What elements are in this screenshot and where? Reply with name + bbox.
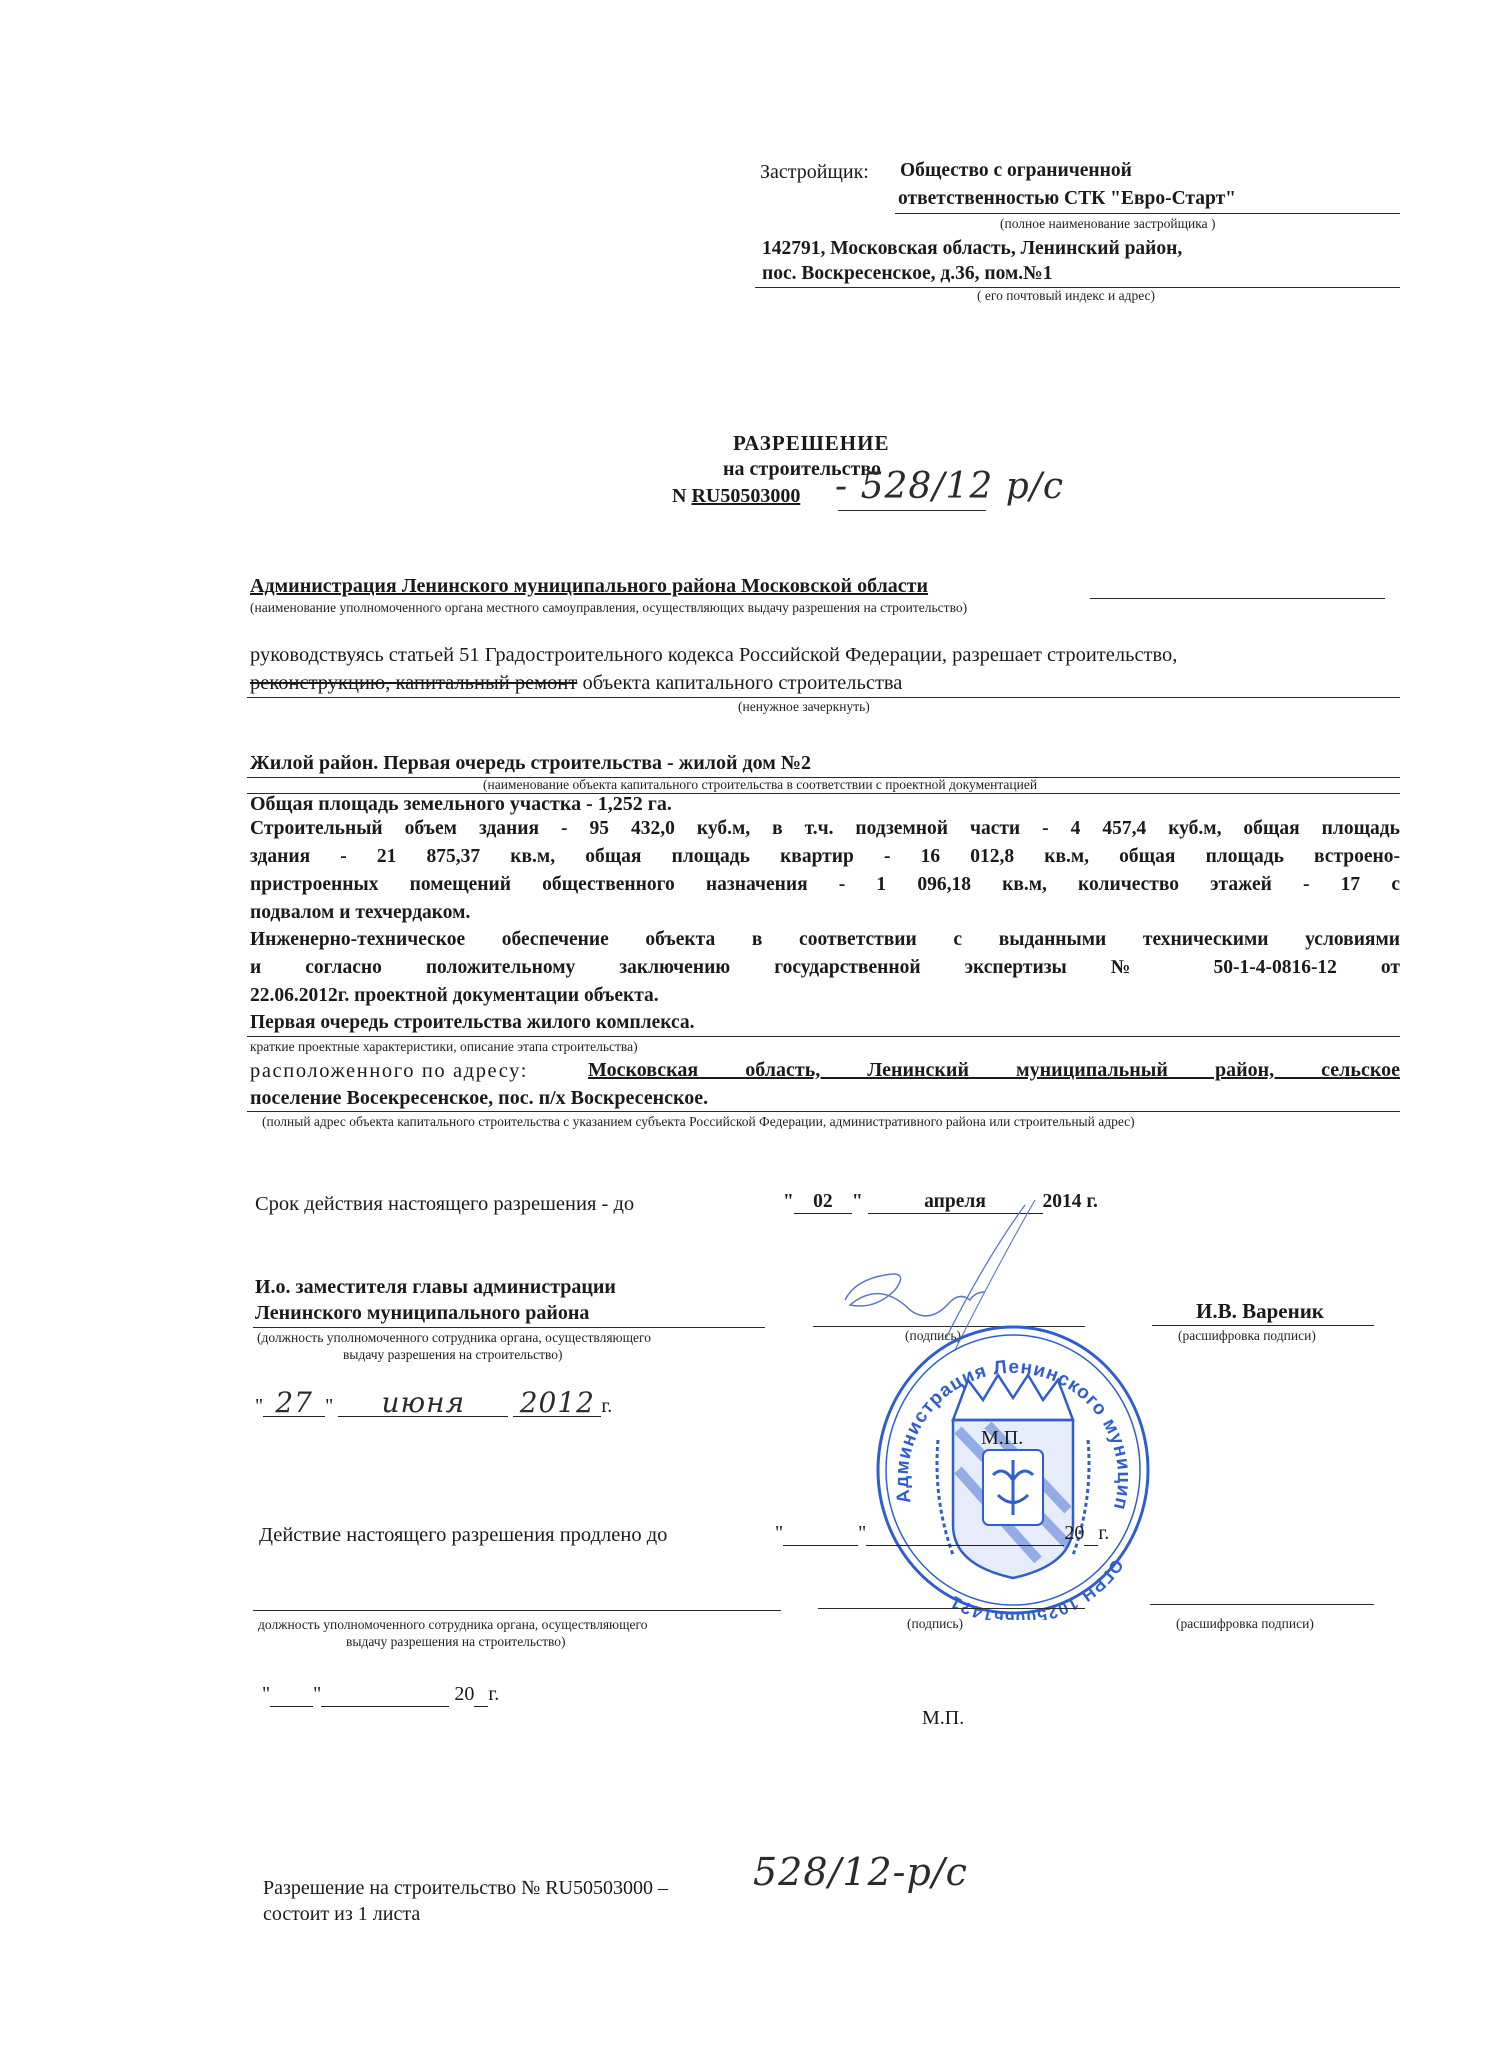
seal-label: М.П. <box>981 1427 1023 1450</box>
extension-signing-year-suffix: г. <box>488 1683 499 1705</box>
engineering-line-1: Инженерно-техническое обеспечение объект… <box>250 929 1400 952</box>
characteristics-line-4: подвалом и техчердаком. <box>250 902 470 924</box>
characteristics-line-3: пристроенных помещений общественного наз… <box>250 874 1400 897</box>
basis-caption: (ненужное зачеркнуть) <box>738 699 870 715</box>
signatory-name: И.В. Вареник <box>1196 1299 1324 1324</box>
authority-name: Администрация Ленинского муниципального … <box>250 575 928 598</box>
footer-permit-number-handwritten: 528/12-р/с <box>753 1850 968 1894</box>
engineering-line-3: 22.06.2012г. проектной документации объе… <box>250 985 659 1007</box>
extension-label: Действие настоящего разрешения продлено … <box>259 1524 667 1547</box>
extension-signature-line <box>818 1608 1085 1609</box>
extension-year-prefix: 20 <box>1064 1522 1084 1544</box>
construction-stage: Первая очередь строительства жилого комп… <box>250 1012 695 1034</box>
extension-position-caption-2: выдачу разрешения на строительство) <box>346 1634 566 1650</box>
permit-number-underline <box>838 510 986 511</box>
land-area: Общая площадь земельного участка - 1,252… <box>250 793 672 816</box>
authority-caption: (наименование уполномоченного органа мес… <box>250 600 967 616</box>
signatory-position-underline <box>253 1327 765 1328</box>
developer-name-caption: (полное наименование застройщика ) <box>1000 216 1215 232</box>
extension-signature-caption: (подпись) <box>907 1616 963 1632</box>
signing-date-day: 27 <box>263 1390 325 1417</box>
permit-number: N RU50503000 <box>672 485 800 508</box>
footer-sheet-count: состоит из 1 листа <box>263 1903 420 1926</box>
permit-number-printed: RU50503000 <box>691 485 800 507</box>
struck-text: реконструкцию, капитальный ремонт <box>250 672 577 694</box>
extension-date: " " 20 г. <box>775 1522 1109 1546</box>
official-stamp: Администрация Ленинского муниципального … <box>858 1320 1168 1620</box>
signatory-name-caption: (расшифровка подписи) <box>1178 1328 1316 1344</box>
signatory-position-caption-2: выдачу разрешения на строительство) <box>343 1347 563 1363</box>
extension-name-caption: (расшифровка подписи) <box>1176 1616 1314 1632</box>
characteristics-line-2: здания - 21 875,37 кв.м, общая площадь к… <box>250 846 1400 869</box>
location-address-line2: поселение Восекресенское, пос. п/х Воскр… <box>250 1087 708 1110</box>
object-name: Жилой район. Первая очередь строительств… <box>250 752 811 775</box>
permit-number-handwritten: - 528/12 р/с <box>835 466 1064 507</box>
extension-signing-year-prefix: 20 <box>454 1683 474 1705</box>
footer-permit-reference: Разрешение на строительство № RU50503000… <box>263 1877 668 1900</box>
extension-seal-label: М.П. <box>922 1707 964 1730</box>
document-title: РАЗРЕШЕНИЕ <box>733 431 889 456</box>
basis-line2: реконструкцию, капитальный ремонт объект… <box>250 672 902 695</box>
object-name-caption: (наименование объекта капитального строи… <box>483 777 1037 793</box>
developer-label: Застройщик: <box>760 161 869 184</box>
authority-underline <box>1090 598 1385 599</box>
extension-name-line <box>1150 1604 1374 1605</box>
developer-address-line1: 142791, Московская область, Ленинский ра… <box>762 238 1182 260</box>
signing-date: "27" июня 2012г. <box>255 1390 612 1418</box>
signing-date-suffix: г. <box>601 1395 612 1417</box>
permit-number-prefix: N <box>672 485 686 507</box>
engineering-line-2: и согласно положительному заключению гос… <box>250 957 1400 980</box>
characteristics-line-1: Строительный объем здания - 95 432,0 куб… <box>250 818 1400 841</box>
location-address-line1: Московская область, Ленинский муниципаль… <box>588 1059 1400 1082</box>
signing-date-month: июня <box>338 1390 508 1417</box>
extension-position-caption-1: должность уполномоченного сотрудника орг… <box>258 1617 647 1633</box>
signing-date-year: 2012 <box>513 1390 601 1417</box>
extension-signing-date: " " 20 г. <box>262 1683 499 1707</box>
developer-address-caption: ( его почтовый индекс и адрес) <box>977 288 1155 304</box>
basis-underline <box>247 697 1400 698</box>
location-label: расположенного по адресу: <box>250 1060 528 1083</box>
developer-address-line2: пос. Воскресенское, д.36, пом.№1 <box>762 263 1052 285</box>
location-caption: (полный адрес объекта капитального строи… <box>262 1114 1135 1130</box>
extension-year-suffix: г. <box>1098 1522 1109 1544</box>
signatory-name-underline <box>1152 1325 1374 1326</box>
stage-caption: краткие проектные характеристики, описан… <box>250 1039 638 1055</box>
stage-underline <box>247 1036 1400 1037</box>
location-underline <box>247 1111 1400 1112</box>
validity-label: Срок действия настоящего разрешения - до <box>255 1193 634 1216</box>
signatory-position-caption-1: (должность уполномоченного сотрудника ор… <box>257 1330 651 1346</box>
basis-line2-rest: объекта капитального строительства <box>577 672 902 694</box>
basis-line1: руководствуясь статьей 51 Градостроитель… <box>250 644 1177 667</box>
extension-position-line <box>253 1610 781 1611</box>
signatory-position-line2: Ленинского муниципального района <box>255 1302 589 1325</box>
developer-name-line1: Общество с ограниченной <box>900 160 1132 182</box>
signatory-position-line1: И.о. заместителя главы администрации <box>255 1276 616 1299</box>
developer-name-line2: ответственностью СТК "Евро-Старт" <box>898 188 1236 210</box>
developer-name-underline <box>895 213 1400 214</box>
